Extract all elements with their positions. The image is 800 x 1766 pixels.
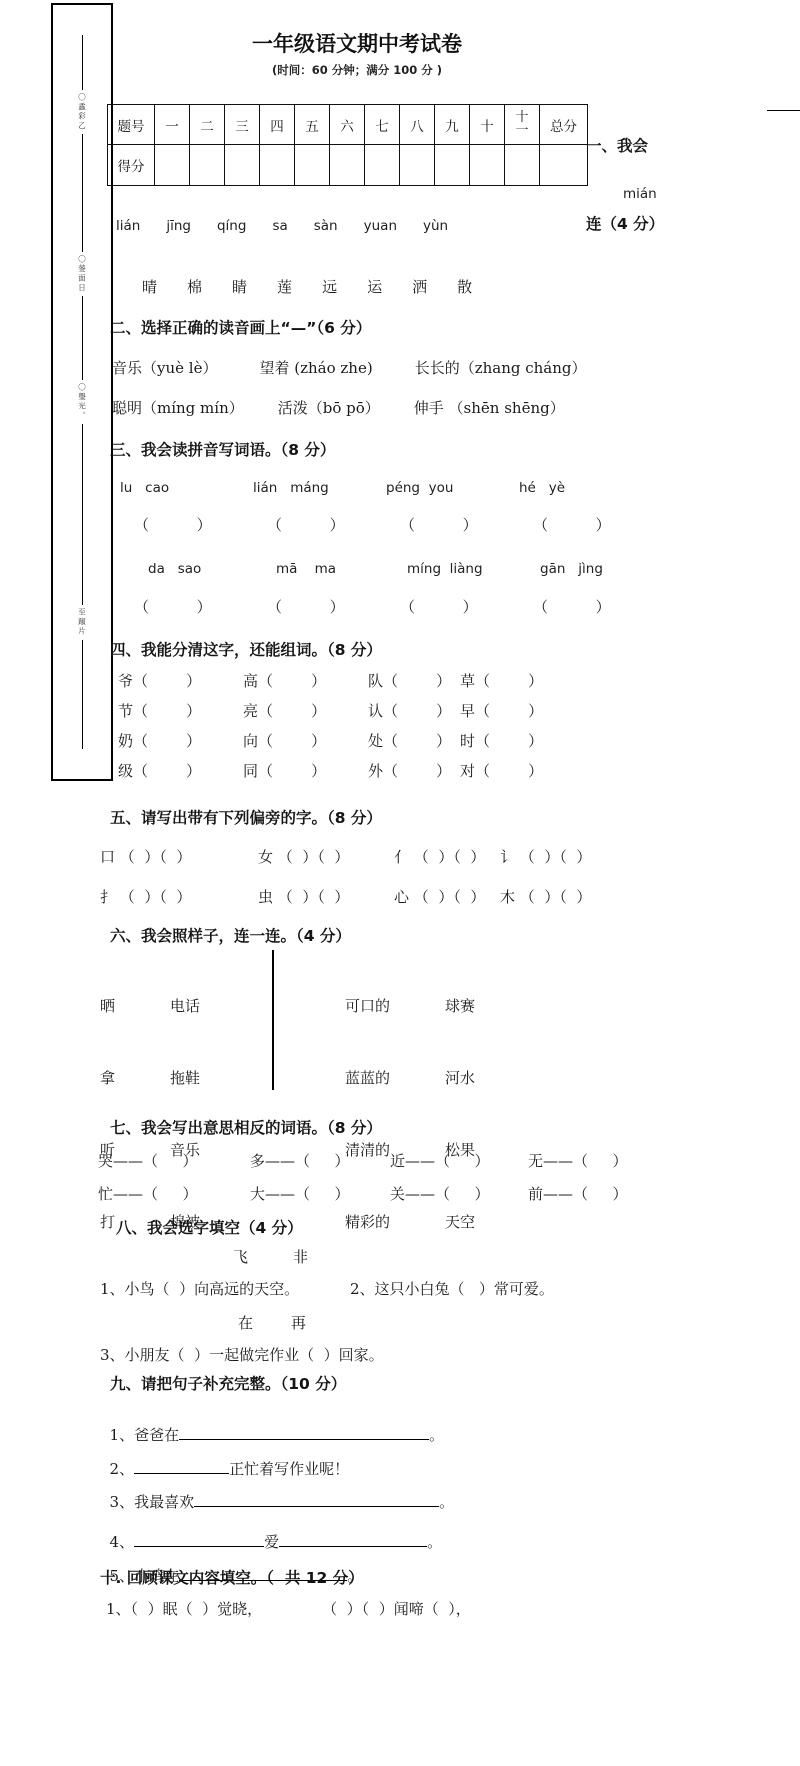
choice-item: 聪明（míng mín） (112, 397, 244, 418)
word-build-item: 奶（ ） (118, 726, 243, 756)
word-build-item: 认（ ） (368, 696, 460, 726)
score-table-col: 十 (470, 105, 505, 145)
page-title: 一年级语文期中考试卷 (107, 28, 607, 58)
score-table-header-label: 题号 (108, 105, 155, 145)
radical-item: 亻 （ ）（ ） (394, 846, 500, 867)
section5-row1: 口 （ ）（ ） 女 （ ）（ ） 亻 （ ）（ ） 讠 （ ）（ ） (100, 846, 591, 867)
score-cell (470, 145, 505, 186)
match-item: 拿 (100, 1060, 115, 1096)
section3-pinyin-row2: da sao mā ma míng liàng gān jìng (148, 561, 603, 577)
section2-heading: 二、选择正确的读音画上“—”（6 分） (110, 316, 371, 338)
section4-row: 奶（ ） 向（ ） 处（ ） 时（ ） (118, 726, 543, 756)
section10-line1: 1、（ ）眠（ ）觉晓， （ ）（ ）闻啼（ ）， (106, 1598, 471, 1619)
section6-right-words: 球赛 河水 松果 天空 (445, 952, 475, 1258)
choice-item: 活泼（bō pō） (278, 397, 380, 418)
word-build-item: 向（ ） (243, 726, 368, 756)
fill-sentence: 1、小鸟（ ）向高远的天空。 (100, 1278, 350, 1299)
antonym-item: 关——（ ） (390, 1183, 528, 1204)
match-item: 拖鞋 (170, 1060, 200, 1096)
pinyin-word: lu cao (120, 480, 253, 496)
match-item: 精彩的 (345, 1204, 390, 1240)
recall-blank: （ ）（ ）闻啼（ ）， (322, 1598, 471, 1619)
section1-pinyin-row: lián jīng qíng sa sàn yuan yùn (116, 218, 448, 234)
section6-left-words: 电话 拖鞋 音乐 棉被 (170, 952, 200, 1258)
answer-blank: （ ） (134, 596, 267, 617)
section8-options2: 在 再 (238, 1312, 306, 1333)
antonym-item: 近——（ ） (390, 1150, 528, 1171)
score-table-header-row: 题号 一 二 三 四 五 六 七 八 九 十 十一 总分 (108, 105, 588, 145)
score-table-col: 十一 (505, 105, 540, 145)
section3-paren-row2: （ ） （ ） （ ） （ ） (134, 596, 611, 617)
word-build-item: 级（ ） (118, 756, 243, 786)
character-item: 棉 (187, 276, 202, 297)
character-item: 散 (457, 276, 472, 297)
choice-item: 伸手 （shēn shēng） (414, 397, 565, 418)
antonym-item: 无——（ ） (528, 1150, 628, 1171)
section4-heading: 四、我能分清这字，还能组词。（8 分） (110, 638, 382, 660)
section2-row2: 聪明（míng mín） 活泼（bō pō） 伸手 （shēn shēng） (112, 397, 565, 418)
pinyin-item: yuan (364, 218, 397, 234)
pinyin-item: yùn (423, 218, 448, 234)
score-table-col: 五 (295, 105, 330, 145)
score-cell (400, 145, 435, 186)
character-item: 睛 (232, 276, 247, 297)
word-build-item: 处（ ） (368, 726, 460, 756)
option-char: 再 (291, 1312, 306, 1333)
word-build-item: 亮（ ） (243, 696, 368, 726)
radical-item: 口 （ ）（ ） (100, 846, 258, 867)
section7-row2: 忙——（ ） 大——（ ） 关——（ ） 前——（ ） (98, 1183, 628, 1204)
section4-row: 级（ ） 同（ ） 外（ ） 对（ ） (118, 756, 543, 786)
score-table-col: 八 (400, 105, 435, 145)
character-item: 晴 (142, 276, 157, 297)
score-table-col: 二 (190, 105, 225, 145)
word-build-item: 对（ ） (460, 756, 543, 786)
character-item: 运 (367, 276, 382, 297)
section8-heading: 八、我会选字填空（4 分） (116, 1216, 303, 1238)
score-table-col: 七 (365, 105, 400, 145)
section5-heading: 五、请写出带有下列偏旁的字。（8 分） (110, 806, 382, 828)
section3-pinyin-row1: lu cao lián máng péng you hé yè (120, 480, 565, 496)
radical-item: 扌 （ ）（ ） (100, 886, 258, 907)
answer-blank: （ ） (267, 596, 400, 617)
match-item: 蓝蓝的 (345, 1060, 390, 1096)
antonym-item: 大——（ ） (250, 1183, 390, 1204)
write-blank (134, 1458, 229, 1474)
score-cell (295, 145, 330, 186)
radical-item: 讠 （ ）（ ） (500, 846, 591, 867)
section3-paren-row1: （ ） （ ） （ ） （ ） (134, 514, 611, 535)
section4-grid: 爷（ ） 高（ ） 队（ ） 草（ ） 节（ ） 亮（ ） 认（ ） 早（ ） … (118, 666, 543, 786)
recall-blank: 1、（ ）眠（ ）觉晓， (106, 1598, 262, 1619)
pinyin-item: sàn (314, 218, 338, 234)
option-char: 非 (293, 1246, 308, 1267)
write-blank (134, 1531, 264, 1547)
choice-item: 长长的（zhang cháng） (415, 357, 587, 378)
page-subtitle: (时间：60 分钟；满分 100 分 ) (107, 62, 607, 78)
answer-blank: （ ） (533, 596, 611, 617)
pinyin-word: mā ma (276, 561, 407, 577)
write-blank (179, 1424, 429, 1440)
character-item: 莲 (277, 276, 292, 297)
section3-heading: 三、我会读拼音写词语。（8 分） (110, 438, 335, 460)
section1-characters-row: 晴 棉 睛 莲 远 运 洒 散 (142, 276, 472, 297)
radical-item: 女 （ ）（ ） (258, 846, 394, 867)
section9-heading: 九、请把句子补充完整。（10 分） (110, 1372, 346, 1394)
score-table-col: 六 (330, 105, 365, 145)
section7-row1: 哭——（ ） 多——（ ） 近——（ ） 无——（ ） (98, 1150, 628, 1171)
binding-strip-mark: 〇蓥面日 (77, 252, 88, 296)
answer-blank: （ ） (400, 514, 533, 535)
answer-blank: （ ） (400, 596, 533, 617)
write-blank (279, 1531, 427, 1547)
score-table-col: 一 (155, 105, 190, 145)
binding-strip-mark: 至踧片 (77, 605, 88, 640)
pinyin-item: lián (116, 218, 140, 234)
choice-item: 音乐（yuè lè） (112, 357, 217, 378)
word-build-item: 节（ ） (118, 696, 243, 726)
section6-heading: 六、我会照样子，连一连。（4 分） (110, 924, 351, 946)
section2-row1: 音乐（yuè lè） 望着 (zháo zhe) 长长的（zhang cháng… (112, 357, 587, 378)
binding-strip: 〇蟊彩乙 〇蓥面日 〇璺光。 至踧片 (51, 3, 113, 781)
match-item: 天空 (445, 1204, 475, 1240)
antonym-item: 前——（ ） (528, 1183, 628, 1204)
score-cell (330, 145, 365, 186)
score-table-score-row: 得分 (108, 145, 588, 186)
section4-row: 节（ ） 亮（ ） 认（ ） 早（ ） (118, 696, 543, 726)
score-cell (155, 145, 190, 186)
character-item: 洒 (412, 276, 427, 297)
score-table-col-total: 总分 (540, 105, 588, 145)
word-build-item: 草（ ） (460, 666, 543, 696)
match-item: 打 (100, 1204, 115, 1240)
pinyin-word: hé yè (519, 480, 565, 496)
section10-heading: 十. 回顾课文内容填空。（ 共 12 分） (100, 1566, 364, 1588)
pinyin-word: péng you (386, 480, 519, 496)
antonym-item: 忙——（ ） (98, 1183, 250, 1204)
word-build-item: 外（ ） (368, 756, 460, 786)
score-cell (540, 145, 588, 186)
match-item: 可口的 (345, 988, 390, 1024)
match-item: 晒 (100, 988, 115, 1024)
pinyin-word: míng liàng (407, 561, 540, 577)
section1-heading: 一、我会 连（4 分） (586, 98, 796, 252)
character-item: 远 (322, 276, 337, 297)
score-cell (505, 145, 540, 186)
section8-line1: 1、小鸟（ ）向高远的天空。 2、这只小白兔（ ）常可爱。 (100, 1278, 554, 1299)
radical-item: 木 （ ）（ ） (500, 886, 591, 907)
section8-options1: 飞 非 (233, 1246, 308, 1267)
binding-strip-mark: 〇蟊彩乙 (77, 90, 88, 134)
score-cell (365, 145, 400, 186)
match-item: 电话 (170, 988, 200, 1024)
pinyin-word: gān jìng (540, 561, 603, 577)
option-char: 飞 (233, 1246, 248, 1267)
pinyin-word: lián máng (253, 480, 386, 496)
word-build-item: 时（ ） (460, 726, 543, 756)
pinyin-item: jīng (166, 218, 191, 234)
antonym-item: 哭——（ ） (98, 1150, 250, 1171)
match-item: 河水 (445, 1060, 475, 1096)
score-table-col: 四 (260, 105, 295, 145)
choice-item: 望着 (zháo zhe) (259, 357, 372, 378)
pinyin-item: sa (272, 218, 287, 234)
section5-row2: 扌 （ ）（ ） 虫 （ ）（ ） 心 （ ）（ ） 木 （ ）（ ） (100, 886, 591, 907)
pinyin-item: qíng (217, 218, 246, 234)
pinyin-word: da sao (148, 561, 276, 577)
fill-sentence: 2、这只小白兔（ ）常可爱。 (350, 1278, 554, 1299)
score-table-col: 三 (225, 105, 260, 145)
score-table-col-eleven: 十一 (515, 111, 530, 138)
score-cell (435, 145, 470, 186)
score-cell (260, 145, 295, 186)
word-build-item: 早（ ） (460, 696, 543, 726)
section9-item3: 3、我最喜欢。 (100, 1473, 454, 1512)
score-row-label: 得分 (108, 145, 155, 186)
binding-strip-mark: 〇璺光。 (77, 380, 88, 424)
section7-heading: 七、我会写出意思相反的词语。（8 分） (110, 1116, 382, 1138)
score-table: 题号 一 二 三 四 五 六 七 八 九 十 十一 总分 得分 (107, 104, 588, 186)
radical-item: 虫 （ ）（ ） (258, 886, 394, 907)
exam-sheet-page: { "page": { "title": "一年级语文期中考试卷", "subt… (0, 0, 800, 1766)
section6-right-phrases: 可口的 蓝蓝的 清清的 精彩的 (345, 952, 390, 1258)
score-table-col: 九 (435, 105, 470, 145)
word-build-item: 同（ ） (243, 756, 368, 786)
answer-blank: （ ） (134, 514, 267, 535)
section4-row: 爷（ ） 高（ ） 队（ ） 草（ ） (118, 666, 543, 696)
match-item: 球赛 (445, 988, 475, 1024)
section8-line3: 3、小朋友（ ）一起做完作业（ ）回家。 (100, 1344, 384, 1365)
option-char: 在 (238, 1312, 253, 1333)
answer-blank: （ ） (267, 514, 400, 535)
answer-blank: （ ） (533, 514, 611, 535)
section1-pinyin-mian: mián (623, 186, 657, 202)
antonym-item: 多——（ ） (250, 1150, 390, 1171)
word-build-item: 队（ ） (368, 666, 460, 696)
score-cell (190, 145, 225, 186)
radical-item: 心 （ ）（ ） (394, 886, 500, 907)
score-cell (225, 145, 260, 186)
word-build-item: 爷（ ） (118, 666, 243, 696)
section6-left-chars: 晒 拿 听 打 (100, 952, 115, 1258)
section6-divider-line (272, 950, 274, 1090)
word-build-item: 高（ ） (243, 666, 368, 696)
section1-heading-line1: 一、我会 (586, 134, 796, 156)
section1-heading-line2: 连（4 分） (586, 212, 796, 234)
write-blank (194, 1491, 439, 1507)
